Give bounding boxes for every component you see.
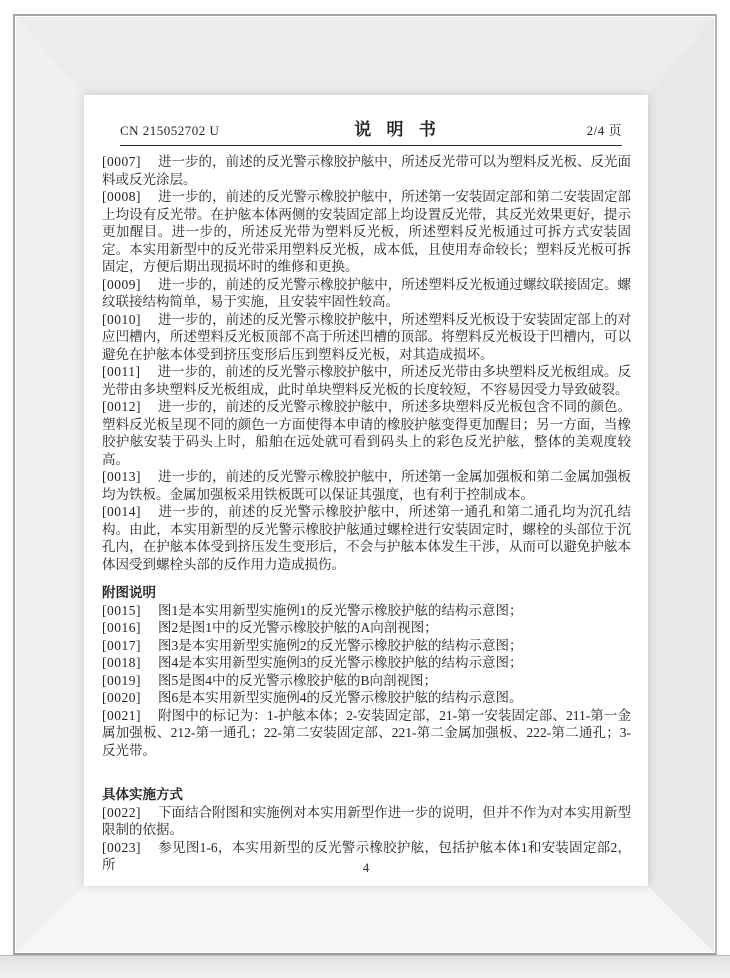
paragraph-number: [0017]: [102, 638, 141, 653]
paragraph-text: 进一步的，前述的反光警示橡胶护舷中，所述反光带可以为塑料反光板、反光面料或反光涂…: [102, 154, 631, 187]
paragraph-text: 附图中的标记为：1-护舷本体；2-安装固定部，21-第一安装固定部、211-第一…: [102, 708, 631, 758]
frame-mat: CN 215052702 U 说明书 2/4 页 [0007]进一步的，前述的反…: [16, 17, 714, 952]
paragraph-text: 进一步的，前述的反光警示橡胶护舷中，所述第一金属加强板和第二金属加强板均为铁板。…: [102, 469, 631, 502]
paragraph-text: 进一步的，前述的反光警示橡胶护舷中，所述第一通孔和第二通孔均为沉孔结构。由此，本…: [102, 504, 631, 572]
paragraph-number: [0020]: [102, 690, 141, 705]
paragraph: [0009]进一步的，前述的反光警示橡胶护舷中，所述塑料反光板通过螺纹联接固定。…: [102, 276, 631, 311]
paragraph-text: 下面结合附图和实施例对本实用新型作进一步的说明，但并不作为对本实用新型限制的依据…: [102, 805, 631, 838]
paragraph: [0012]进一步的，前述的反光警示橡胶护舷中，所述多块塑料反光板包含不同的颜色…: [102, 398, 631, 468]
paragraph: [0017]图3是本实用新型实施例2的反光警示橡胶护舷的结构示意图；: [102, 637, 631, 655]
page-footer: 4: [84, 860, 648, 876]
paragraph: [0018]图4是本实用新型实施例3的反光警示橡胶护舷的结构示意图；: [102, 654, 631, 672]
paragraph: [0022]下面结合附图和实施例对本实用新型作进一步的说明，但并不作为对本实用新…: [102, 804, 631, 839]
page-number: 4: [363, 860, 370, 875]
paragraph-number: [0011]: [102, 364, 141, 379]
paragraph-text: 图4是本实用新型实施例3的反光警示橡胶护舷的结构示意图；: [158, 655, 523, 670]
paragraph-number: [0022]: [102, 805, 141, 820]
document-title: 说明书: [339, 115, 451, 140]
paragraph-number: [0012]: [102, 399, 141, 414]
paragraph-number: [0009]: [102, 277, 141, 292]
paragraph-number: [0016]: [102, 620, 141, 635]
paragraph: [0008]进一步的，前述的反光警示橡胶护舷中，所述第一安装固定部和第二安装固定…: [102, 188, 631, 276]
paragraph-text: 进一步的，前述的反光警示橡胶护舷中，所述塑料反光板通过螺纹联接固定。螺纹联接结构…: [102, 277, 631, 310]
paragraph: [0015]图1是本实用新型实施例1的反光警示橡胶护舷的结构示意图；: [102, 602, 631, 620]
paragraph-text: 进一步的，前述的反光警示橡胶护舷中，所述多块塑料反光板包含不同的颜色。塑料反光板…: [102, 399, 631, 467]
paragraph: [0013]进一步的，前述的反光警示橡胶护舷中，所述第一金属加强板和第二金属加强…: [102, 468, 631, 503]
paragraph-number: [0008]: [102, 189, 141, 204]
page-indicator: 2/4 页: [587, 120, 622, 139]
document-number: CN 215052702 U: [120, 123, 219, 139]
paragraph-text: 图1是本实用新型实施例1的反光警示橡胶护舷的结构示意图；: [158, 603, 523, 618]
paragraph-number: [0013]: [102, 469, 141, 484]
paragraph: [0019]图5是图4中的反光警示橡胶护舷的B向剖视图；: [102, 672, 631, 690]
paragraph-number: [0023]: [102, 840, 141, 855]
paragraph-text: 图5是图4中的反光警示橡胶护舷的B向剖视图；: [158, 673, 437, 688]
paragraph: [0020]图6是本实用新型实施例4的反光警示橡胶护舷的结构示意图。: [102, 689, 631, 707]
paragraph: [0014]进一步的，前述的反光警示橡胶护舷中，所述第一通孔和第二通孔均为沉孔结…: [102, 503, 631, 573]
document-body: [0007]进一步的，前述的反光警示橡胶护舷中，所述反光带可以为塑料反光板、反光…: [84, 146, 648, 874]
patent-page: CN 215052702 U 说明书 2/4 页 [0007]进一步的，前述的反…: [84, 95, 648, 886]
paragraph-text: 图6是本实用新型实施例4的反光警示橡胶护舷的结构示意图。: [158, 690, 523, 705]
section-heading: 附图说明: [102, 584, 631, 602]
paragraph-number: [0014]: [102, 504, 141, 519]
paragraph: [0007]进一步的，前述的反光警示橡胶护舷中，所述反光带可以为塑料反光板、反光…: [102, 153, 631, 188]
paragraph: [0011]进一步的，前述的反光警示橡胶护舷中，所述反光带由多块塑料反光板组成。…: [102, 363, 631, 398]
paragraph-number: [0019]: [102, 673, 141, 688]
paragraph: [0016]图2是图1中的反光警示橡胶护舷的A向剖视图；: [102, 619, 631, 637]
paragraph-number: [0018]: [102, 655, 141, 670]
paragraph-number: [0010]: [102, 312, 141, 327]
frame-bottom-edge: [0, 955, 730, 978]
paragraph-text: 图2是图1中的反光警示橡胶护舷的A向剖视图；: [158, 620, 438, 635]
paragraph: [0010]进一步的，前述的反光警示橡胶护舷中，所述塑料反光板设于安装固定部上的…: [102, 311, 631, 364]
paragraph-text: 进一步的，前述的反光警示橡胶护舷中，所述第一安装固定部和第二安装固定部上均设有反…: [102, 189, 631, 274]
paragraph-text: 进一步的，前述的反光警示橡胶护舷中，所述反光带由多块塑料反光板组成。反光带由多块…: [102, 364, 631, 397]
paragraph-text: 进一步的，前述的反光警示橡胶护舷中，所述塑料反光板设于安装固定部上的对应凹槽内，…: [102, 312, 631, 362]
paragraph: [0021]附图中的标记为：1-护舷本体；2-安装固定部，21-第一安装固定部、…: [102, 707, 631, 760]
paragraph-text: 图3是本实用新型实施例2的反光警示橡胶护舷的结构示意图；: [158, 638, 523, 653]
paragraph-number: [0015]: [102, 603, 141, 618]
section-heading: 具体实施方式: [102, 786, 631, 804]
framed-patent-document: CN 215052702 U 说明书 2/4 页 [0007]进一步的，前述的反…: [0, 0, 730, 978]
paragraph-number: [0007]: [102, 154, 141, 169]
paragraph-number: [0021]: [102, 708, 141, 723]
page-header: CN 215052702 U 说明书 2/4 页: [84, 95, 648, 140]
